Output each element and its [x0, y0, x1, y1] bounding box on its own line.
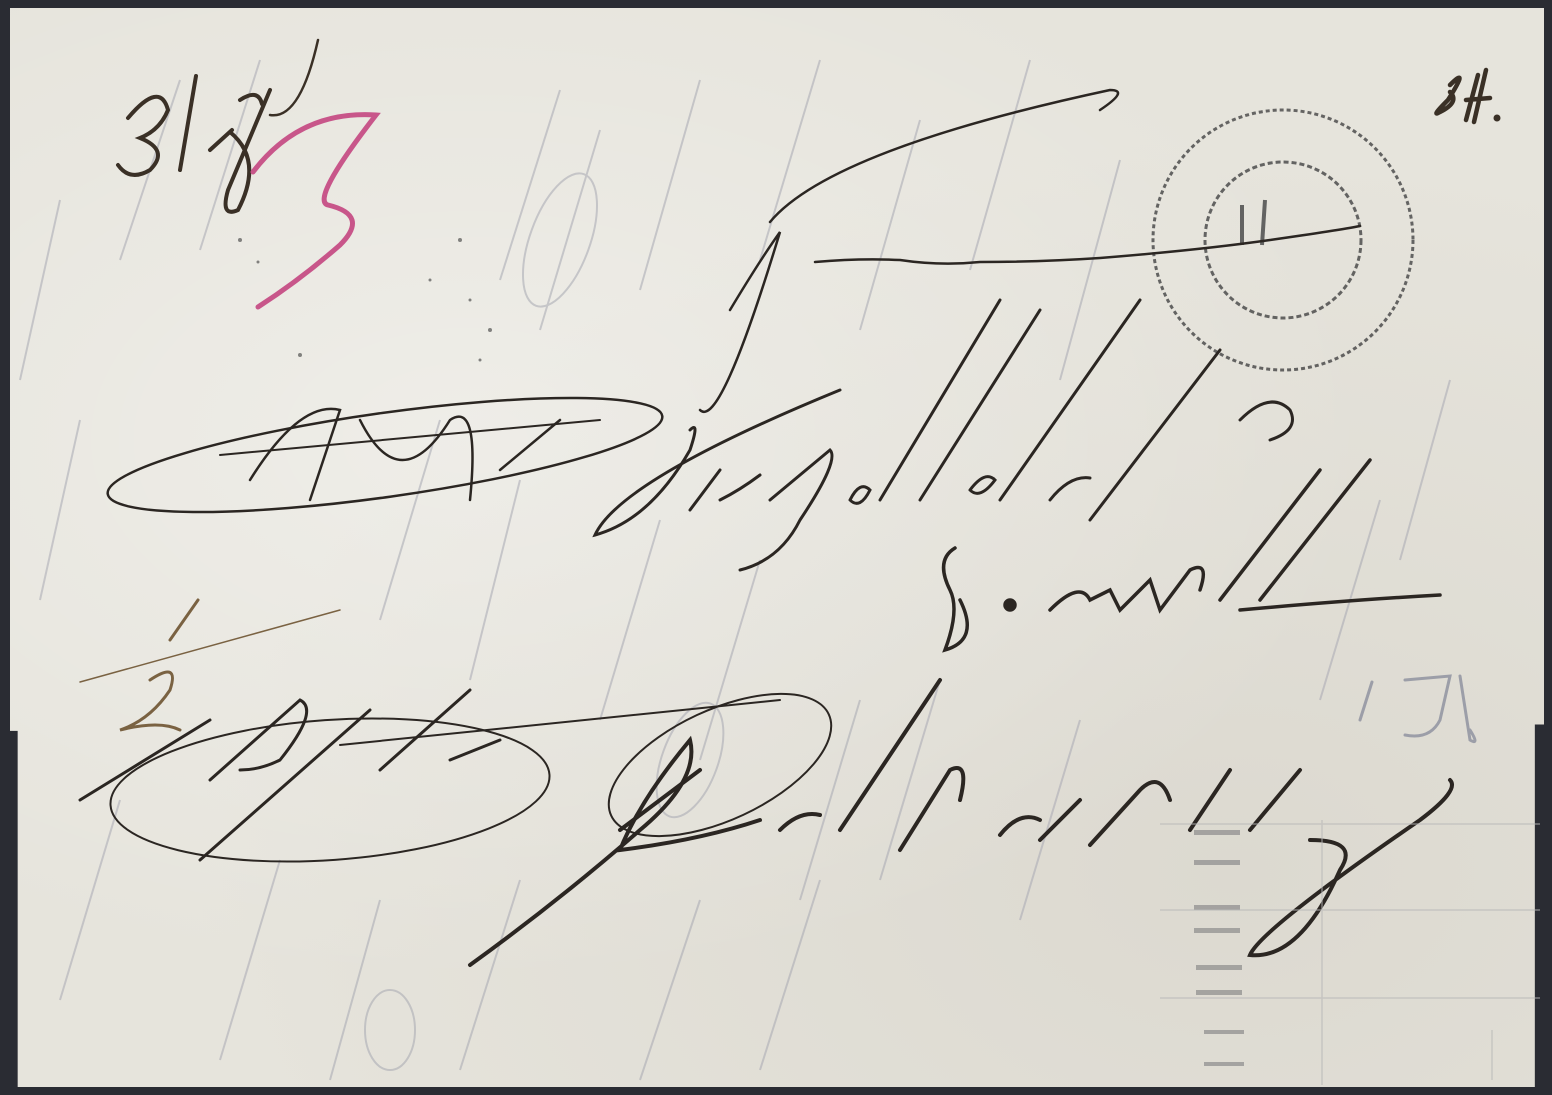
- fraction-half: [80, 600, 340, 730]
- postmark-text: HAMBURG: [0, 0, 1396, 250]
- pencil-mark-15: [1360, 676, 1475, 742]
- number-84: [1436, 70, 1490, 122]
- address-line2: [944, 460, 1440, 650]
- address-line1: [595, 300, 1293, 570]
- crossed-out-name: [102, 374, 668, 535]
- red-crayon-3: [253, 115, 376, 307]
- period-dot: [1494, 115, 1501, 122]
- ink-speckles: [238, 238, 492, 362]
- ruled-lines: [1160, 820, 1540, 1085]
- pencil-label: 15 D: [0, 0, 1, 1]
- salutation-herren: [700, 90, 1360, 412]
- rate-mark-31-8: [118, 40, 318, 212]
- side-stamp: [1194, 830, 1244, 1066]
- hamburg-postmark: [1153, 110, 1413, 370]
- svg-text:HAMBURG: HAMBURG: [0, 0, 18, 9]
- handwriting-layer: HAMBURG: [0, 0, 1552, 1095]
- route-instruction: [80, 690, 780, 875]
- address-city: [470, 680, 1452, 965]
